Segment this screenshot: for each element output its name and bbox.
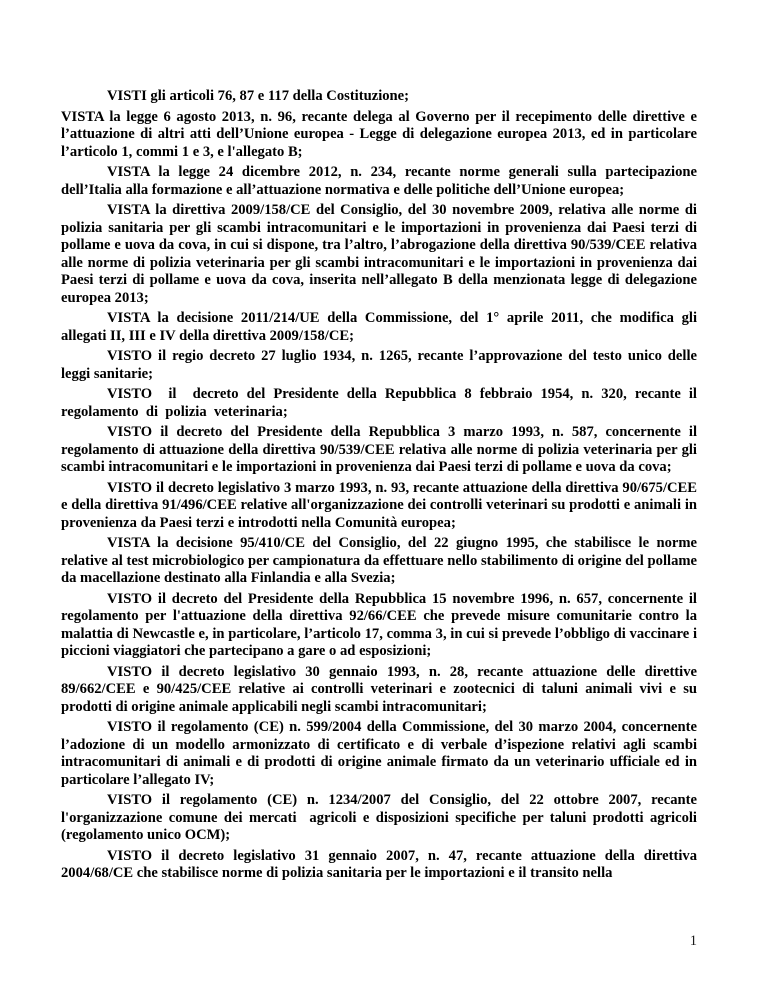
- document-page: VISTI gli articoli 76, 87 e 117 della Co…: [0, 0, 768, 994]
- paragraph-dpr-320-1954: VISTO il decreto del Presidente della Re…: [61, 386, 697, 421]
- paragraph-dpr-587-1993: VISTO il decreto del Presidente della Re…: [61, 424, 697, 477]
- paragraph-dpr-657-1996: VISTO il decreto del Presidente della Re…: [61, 591, 697, 661]
- paragraph-regio-decreto-1265-1934: VISTO il regio decreto 27 luglio 1934, n…: [61, 348, 697, 383]
- paragraph-legge-96-2013: VISTA la legge 6 agosto 2013, n. 96, rec…: [61, 109, 697, 162]
- paragraph-regolamento-599-2004: VISTO il regolamento (CE) n. 599/2004 de…: [61, 719, 697, 789]
- paragraph-visti-costituzione: VISTI gli articoli 76, 87 e 117 della Co…: [61, 88, 697, 106]
- paragraph-regolamento-1234-2007: VISTO il regolamento (CE) n. 1234/2007 d…: [61, 792, 697, 845]
- paragraph-dlgs-28-1993: VISTO il decreto legislativo 30 gennaio …: [61, 664, 697, 717]
- page-number: 1: [61, 933, 697, 951]
- paragraph-legge-234-2012: VISTA la legge 24 dicembre 2012, n. 234,…: [61, 164, 697, 199]
- paragraph-decisione-95-410-ce: VISTA la decisione 95/410/CE del Consigl…: [61, 535, 697, 588]
- paragraph-direttiva-2009-158-ce: VISTA la direttiva 2009/158/CE del Consi…: [61, 202, 697, 307]
- document-body: VISTI gli articoli 76, 87 e 117 della Co…: [61, 88, 697, 886]
- paragraph-dlgs-93-1993: VISTO il decreto legislativo 3 marzo 199…: [61, 480, 697, 533]
- paragraph-dlgs-47-2007: VISTO il decreto legislativo 31 gennaio …: [61, 848, 697, 883]
- paragraph-decisione-2011-214-ue: VISTA la decisione 2011/214/UE della Com…: [61, 310, 697, 345]
